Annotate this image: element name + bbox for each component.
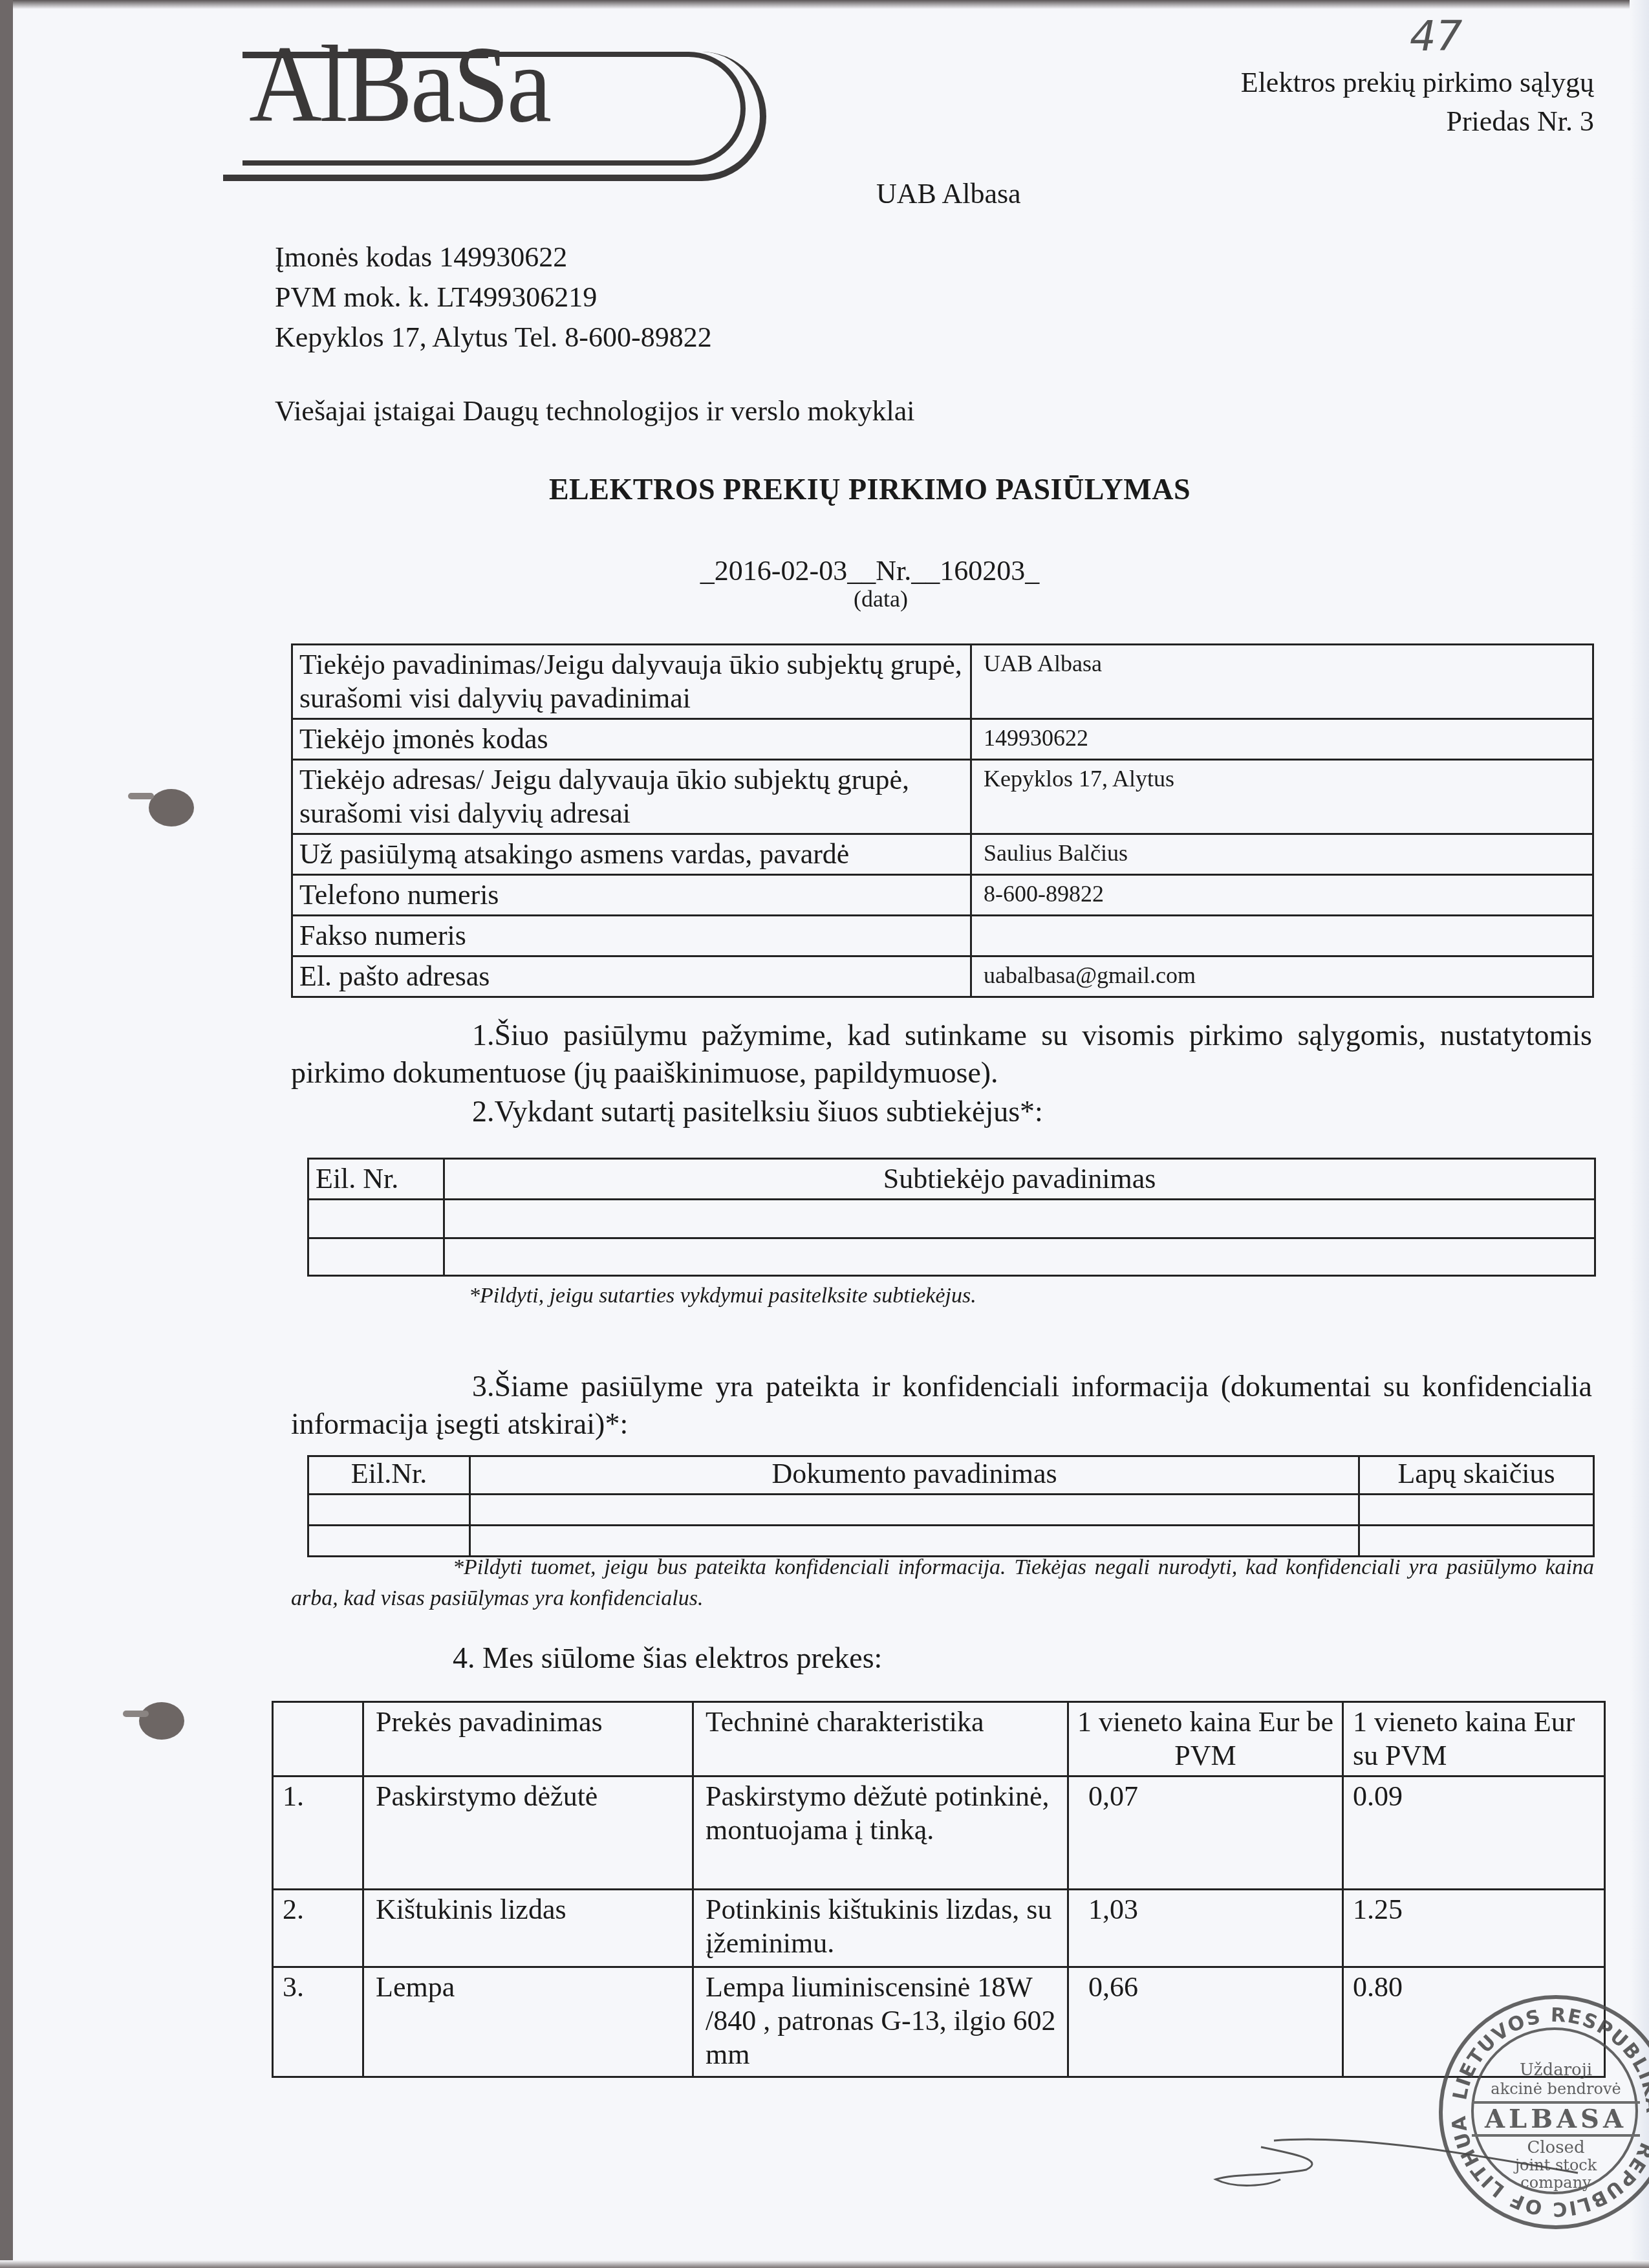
stamp-line-1: Uždaroji <box>1443 2060 1649 2080</box>
stamp-line-2: akcinė bendrovė <box>1443 2080 1649 2098</box>
supplier-label: Telefono numeris <box>292 875 971 916</box>
annex-line-1: Elektros prekių pirkimo sąlygų <box>1241 65 1594 101</box>
product-spec: Paskirstymo dėžutė potinkinė, montuojama… <box>693 1777 1068 1890</box>
table-row <box>308 1238 1595 1276</box>
punch-hole-icon <box>139 1702 184 1740</box>
supplier-label: El. pašto adresas <box>292 956 971 997</box>
supplier-value <box>971 916 1593 956</box>
supplier-label: Už pasiūlymą atsakingo asmens vardas, pa… <box>292 834 971 875</box>
punch-hole-tear <box>123 1711 149 1717</box>
table-row: Telefono numeris 8-600-89822 <box>292 875 1593 916</box>
column-header: 1 vieneto kaina Eur su PVM <box>1343 1702 1605 1777</box>
document-title: ELEKTROS PREKIŲ PIRKIMO PASIŪLYMAS <box>0 472 1649 506</box>
supplier-value: Saulius Balčius <box>971 834 1593 875</box>
table-row <box>308 1200 1595 1238</box>
supplier-label: Tiekėjo įmonės kodas <box>292 719 971 760</box>
column-header: Eil.Nr. <box>308 1456 470 1495</box>
section-2-text: 2.Vykdant sutartį pasitelksiu šiuos subt… <box>472 1093 1043 1130</box>
table-cell[interactable] <box>444 1200 1595 1238</box>
scan-left-edge <box>0 0 13 2268</box>
product-spec: Lempa liuminiscensinė 18W /840 , patrona… <box>693 1967 1068 2077</box>
stamp-company-name: ALBASA <box>1472 2101 1640 2137</box>
price-inc-vat: 1.25 <box>1343 1890 1605 1967</box>
table-row <box>308 1495 1594 1526</box>
section-1-text: 1.Šiuo pasiūlymu pažymime, kad sutinkame… <box>291 1017 1592 1092</box>
column-header <box>273 1702 363 1777</box>
company-address-phone: Kepyklos 17, Alytus Tel. 8-600-89822 <box>275 319 712 356</box>
supplier-value: Kepyklos 17, Alytus <box>971 760 1593 834</box>
table-cell[interactable] <box>308 1495 470 1526</box>
column-header: 1 vieneto kaina Eur be PVM <box>1068 1702 1343 1777</box>
supplier-value: 149930622 <box>971 719 1593 760</box>
table-row: Tiekėjo adresas/ Jeigu dalyvauja ūkio su… <box>292 760 1593 834</box>
section-3-text: 3.Šiame pasiūlyme yra pateikta ir konfid… <box>291 1368 1592 1443</box>
table-cell[interactable] <box>444 1238 1595 1276</box>
supplier-label: Fakso numeris <box>292 916 971 956</box>
table-cell[interactable] <box>308 1238 444 1276</box>
section-2-footnote: *Pildyti, jeigu sutarties vykdymui pasit… <box>469 1280 976 1312</box>
product-name: Lempa <box>363 1967 693 2077</box>
company-code: Įmonės kodas 149930622 <box>275 239 567 275</box>
date-caption: (data) <box>854 585 908 612</box>
confidential-docs-table: Eil.Nr. Dokumento pavadinimas Lapų skaič… <box>307 1455 1595 1557</box>
supplier-value: uabalbasa@gmail.com <box>971 956 1593 997</box>
handwritten-page-number: 47 <box>1410 13 1462 61</box>
price-inc-vat: 0.09 <box>1343 1777 1605 1890</box>
table-row: Tiekėjo įmonės kodas 149930622 <box>292 719 1593 760</box>
section-3-footnote: *Pildyti tuomet, jeigu bus pateikta konf… <box>291 1552 1594 1614</box>
column-header: Prekės pavadinimas <box>363 1702 693 1777</box>
scan-bottom-edge <box>0 2260 1649 2268</box>
stamp-line-5: company <box>1443 2174 1649 2192</box>
supplier-label: Tiekėjo pavadinimas/Jeigu dalyvauja ūkio… <box>292 645 971 719</box>
column-header: Techninė charakteristika <box>693 1702 1068 1777</box>
punch-hole-icon <box>149 789 194 826</box>
supplier-info-table: Tiekėjo pavadinimas/Jeigu dalyvauja ūkio… <box>291 643 1594 998</box>
date-number-line: _2016-02-03__Nr.__160203_ <box>0 553 1649 589</box>
price-ex-vat: 0,07 <box>1068 1777 1343 1890</box>
supplier-value: UAB Albasa <box>971 645 1593 719</box>
product-name: Kištukinis lizdas <box>363 1890 693 1967</box>
table-row: 2. Kištukinis lizdas Potinkinis kištukin… <box>273 1890 1605 1967</box>
table-cell[interactable] <box>1359 1495 1594 1526</box>
column-header: Dokumento pavadinimas <box>470 1456 1359 1495</box>
table-row: 1. Paskirstymo dėžutė Paskirstymo dėžutė… <box>273 1777 1605 1890</box>
table-row: Tiekėjo pavadinimas/Jeigu dalyvauja ūkio… <box>292 645 1593 719</box>
row-number: 3. <box>273 1967 363 2077</box>
recipient: Viešajai įstaigai Daugų technologijos ir… <box>275 393 915 429</box>
subsuppliers-table: Eil. Nr. Subtiekėjo pavadinimas <box>307 1158 1596 1277</box>
table-row: Už pasiūlymą atsakingo asmens vardas, pa… <box>292 834 1593 875</box>
product-spec: Potinkinis kištukinis lizdas, su įžemini… <box>693 1890 1068 1967</box>
column-header: Subtiekėjo pavadinimas <box>444 1159 1595 1200</box>
stamp-line-3: Closed <box>1443 2138 1649 2157</box>
table-row: El. pašto adresas uabalbasa@gmail.com <box>292 956 1593 997</box>
table-cell[interactable] <box>470 1495 1359 1526</box>
logo-text: AlBaSa <box>249 26 549 142</box>
table-row: Fakso numeris <box>292 916 1593 956</box>
table-cell[interactable] <box>308 1200 444 1238</box>
company-name: UAB Albasa <box>876 176 1021 212</box>
annex-line-2: Priedas Nr. 3 <box>1446 103 1594 140</box>
column-header: Eil. Nr. <box>308 1159 444 1200</box>
row-number: 2. <box>273 1890 363 1967</box>
supplier-value: 8-600-89822 <box>971 875 1593 916</box>
vat-code: PVM mok. k. LT499306219 <box>275 279 597 316</box>
company-stamp-icon: LIETUVOS RESPUBLIKA * REPUBLIC OF LITHUA… <box>1439 1995 1649 2229</box>
table-header-row: Prekės pavadinimas Techninė charakterist… <box>273 1702 1605 1777</box>
punch-hole-tear <box>128 793 154 799</box>
table-row: 3. Lempa Lempa liuminiscensinė 18W /840 … <box>273 1967 1605 2077</box>
product-name: Paskirstymo dėžutė <box>363 1777 693 1890</box>
price-ex-vat: 1,03 <box>1068 1890 1343 1967</box>
scan-right-edge <box>1630 0 1649 2268</box>
table-header-row: Eil. Nr. Subtiekėjo pavadinimas <box>308 1159 1595 1200</box>
table-header-row: Eil.Nr. Dokumento pavadinimas Lapų skaič… <box>308 1456 1594 1495</box>
stamp-line-4: joint stock <box>1443 2156 1649 2174</box>
section-4-text: 4. Mes siūlome šias elektros prekes: <box>453 1639 882 1677</box>
supplier-label: Tiekėjo adresas/ Jeigu dalyvauja ūkio su… <box>292 760 971 834</box>
products-table: Prekės pavadinimas Techninė charakterist… <box>272 1701 1606 2078</box>
row-number: 1. <box>273 1777 363 1890</box>
scan-top-edge <box>0 0 1649 9</box>
column-header: Lapų skaičius <box>1359 1456 1594 1495</box>
price-ex-vat: 0,66 <box>1068 1967 1343 2077</box>
company-logo: AlBaSa <box>223 26 779 155</box>
